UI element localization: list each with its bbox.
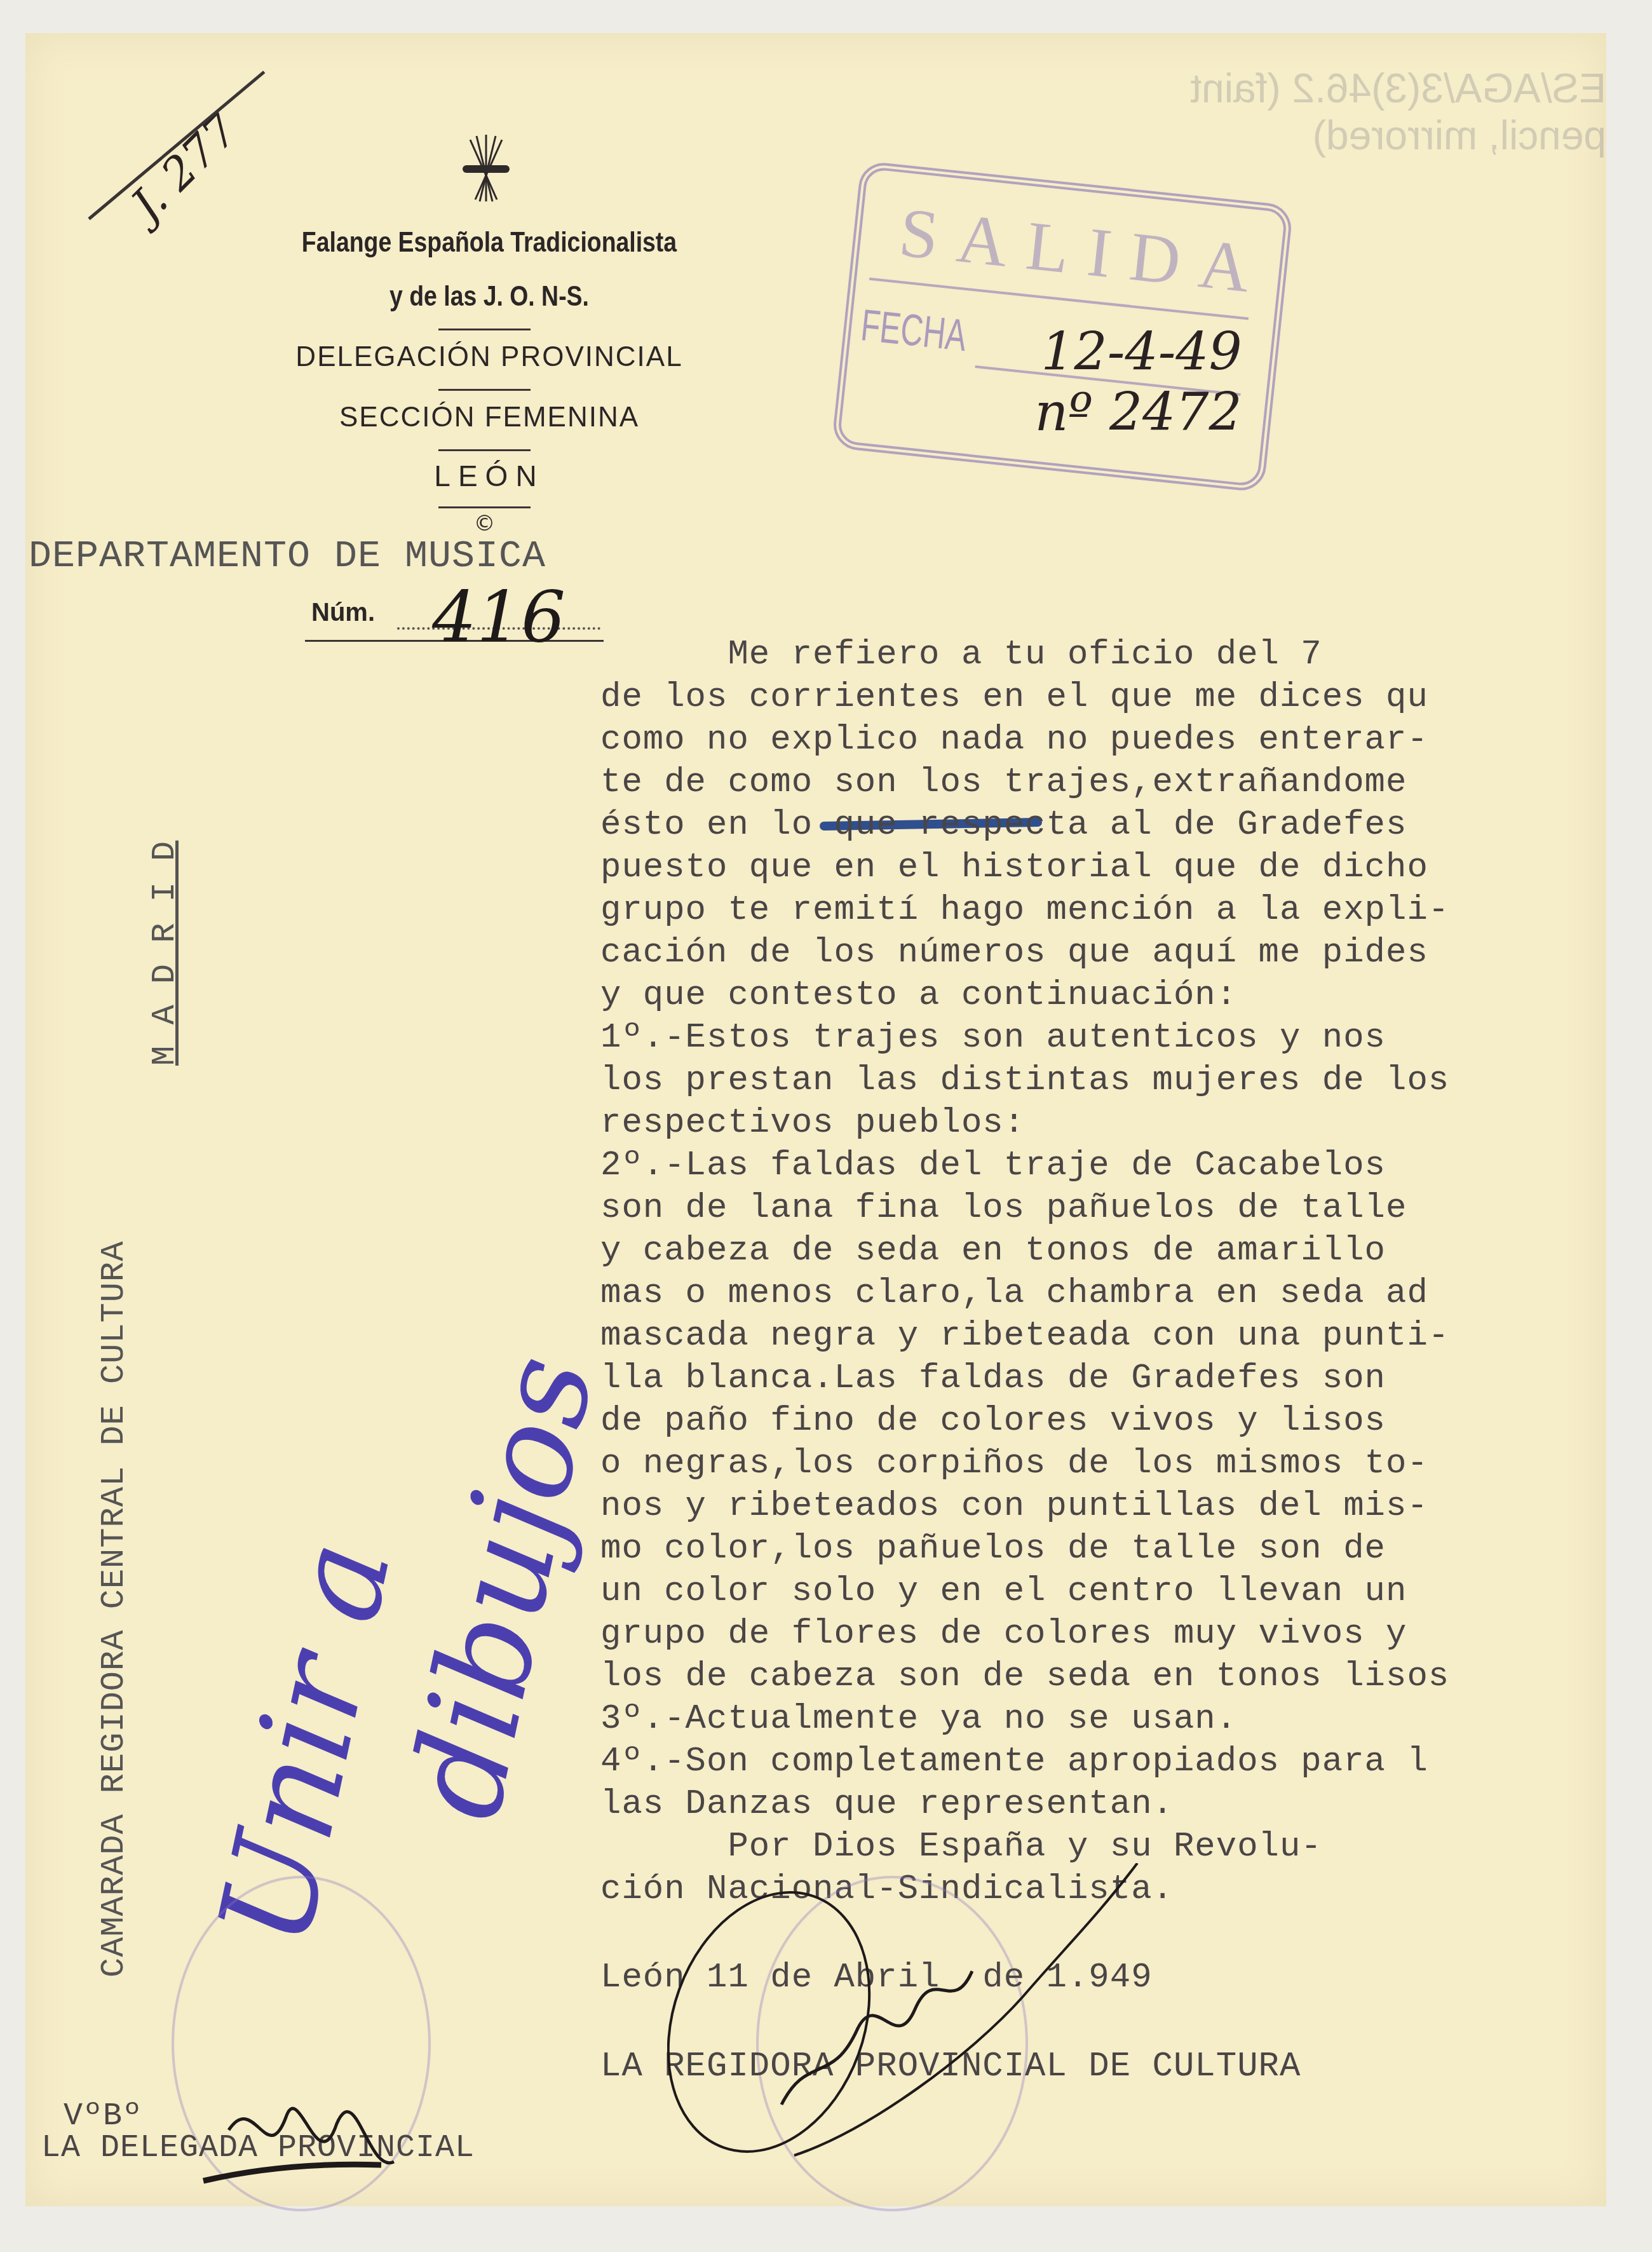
body-line: un color solo y en el centro llevan un: [600, 1572, 1407, 1611]
body-line: 4º.-Son completamente apropiados para l: [600, 1742, 1428, 1781]
body-line: respectivos pueblos:: [600, 1104, 1025, 1143]
stamp-title: SALIDA: [896, 192, 1273, 311]
body-line: de los corrientes en el que me dices qu: [600, 678, 1428, 717]
pencil-mark-text: ES/AGA/3(3)46.2 (faint pencil, mirrored): [1190, 65, 1606, 158]
body-line: te de como son los trajes,extrañandome: [600, 763, 1407, 802]
body-line: los prestan las distintas mujeres de los: [600, 1061, 1449, 1100]
body-line: cación de los números que aquí me pides: [600, 933, 1428, 972]
body-line: puesto que en el historial que de dicho: [600, 848, 1428, 887]
body-line: como no explico nada no puedes enterar-: [600, 721, 1428, 759]
body-line: 3º.-Actualmente ya no se usan.: [600, 1700, 1237, 1739]
yoke-and-arrows-icon: [457, 128, 515, 205]
outgoing-stamp: SALIDA FECHA 12-4-49 nº 2472: [831, 160, 1294, 492]
body-line: mo color,los pañuelos de talle son de: [600, 1530, 1386, 1568]
number-value: 416: [432, 576, 565, 658]
body-line: Por Dios España y su Revolu-: [600, 1828, 1322, 1866]
divider: [438, 389, 531, 391]
letterhead-jons: y de las J. O. N-S.: [236, 281, 743, 313]
archive-reference: J. 277: [121, 104, 248, 231]
body-line: y cabeza de seda en tonos de amarillo: [600, 1231, 1386, 1270]
body-line: las Danzas que representan.: [600, 1785, 1174, 1824]
letterhead-org: Falange Española Tradicionalista: [236, 227, 743, 259]
department-label: DEPARTAMENTO DE MUSICA: [29, 535, 546, 578]
margin-note-line2: dibujos: [381, 1343, 623, 1830]
stamp-date-value: 12-4-49: [1041, 322, 1242, 383]
body-line: Me refiero a tu oficio del 7: [600, 635, 1322, 674]
body-line: nos y ribeteados con puntillas del mis-: [600, 1487, 1428, 1526]
letterhead-mark: ©: [438, 511, 531, 536]
vobo-label: VºBº: [64, 2098, 142, 2134]
body-line: lla blanca.Las faldas de Gradefes son: [600, 1359, 1386, 1398]
body-line: o negras,los corpiños de los mismos to-: [600, 1444, 1428, 1483]
divider: [438, 506, 531, 508]
signature-regidora: [667, 1863, 1239, 2181]
body-line: grupo de flores de colores muy vivos y: [600, 1615, 1407, 1653]
body-line: grupo te remití hago mención a la expli-: [600, 891, 1449, 930]
letterhead-city: LEÓN: [191, 459, 788, 493]
divider: [438, 329, 531, 330]
body-line: mascada negra y ribeteada con una punti-: [600, 1317, 1449, 1355]
letterhead-delegation: DELEGACIÓN PROVINCIAL: [191, 341, 788, 373]
recipient-city: M A D R I D: [146, 841, 184, 1066]
letterhead-section: SECCIÓN FEMENINA: [191, 402, 788, 433]
body-line: de paño fino de colores vivos y lisos: [600, 1402, 1386, 1441]
body-line: y que contesto a continuación:: [600, 976, 1237, 1015]
recipient-name: CAMARADA REGIDORA CENTRAL DE CULTURA: [95, 1241, 133, 1977]
divider: [438, 449, 531, 451]
document-page: J. 277 ES/AGA/3(3)46.2 (faint pencil, mi…: [25, 33, 1606, 2206]
body-line: son de lana fina los pañuelos de talle: [600, 1189, 1407, 1228]
body-line: 1º.-Estos trajes son autenticos y nos: [600, 1019, 1386, 1057]
body-line: ésto en lo que respecta al de Gradefes: [600, 806, 1407, 844]
body-line: 2º.-Las faldas del traje de Cacabelos: [600, 1146, 1386, 1185]
signature-delegate: [191, 2054, 457, 2194]
stamp-date-label: FECHA: [858, 299, 969, 361]
number-label: Núm.: [311, 599, 375, 627]
body-line: mas o menos claro,la chambra en seda ad: [600, 1274, 1428, 1313]
pencil-archive-mark: ES/AGA/3(3)46.2 (faint pencil, mirrored): [1182, 65, 1606, 159]
stamp-number-value: nº 2472: [1034, 383, 1242, 443]
body-line: los de cabeza son de seda en tonos lisos: [600, 1657, 1449, 1696]
